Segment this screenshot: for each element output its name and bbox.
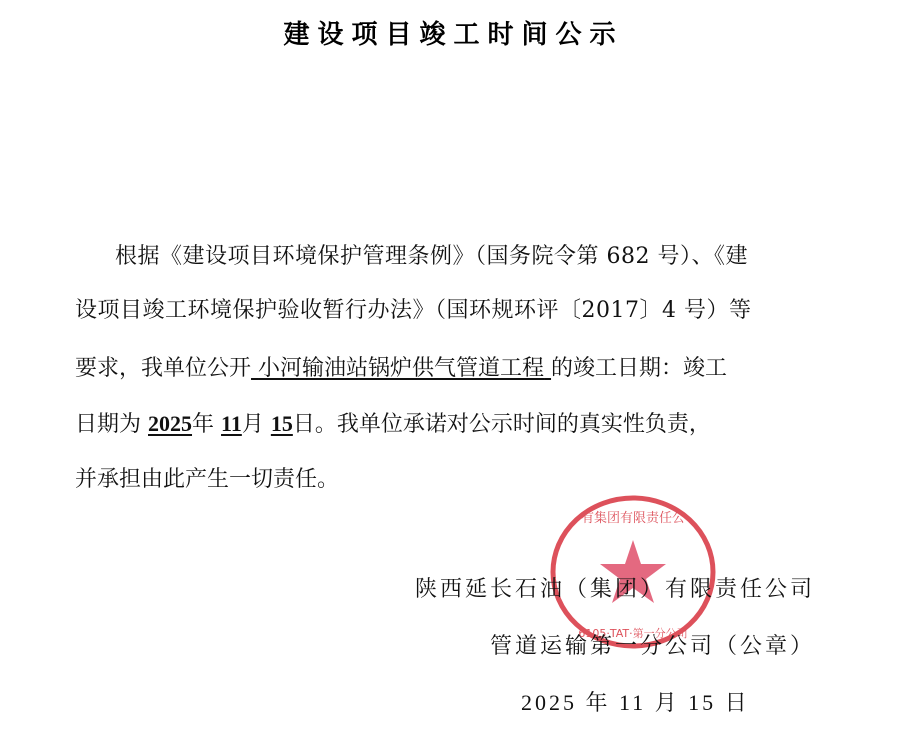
svg-text:有集团有限责任公: 有集团有限责任公 — [581, 510, 685, 526]
completion-year: 2025 — [148, 411, 192, 436]
line4-suffix: 日。我单位承诺对公示时间的真实性负责， — [293, 412, 711, 437]
project-name: 小河输油站锅炉供气管道工程 — [251, 356, 551, 381]
project-name-text: 小河输油站锅炉供气管道工程 — [258, 356, 544, 381]
body-line-1: 根据《建设项目环境保护管理条例》（国务院令第 682 号）、《建 — [115, 242, 748, 272]
completion-day: 15 — [271, 411, 293, 436]
completion-month: 11 — [221, 411, 242, 436]
line3-prefix: 要求，我单位公开 — [75, 356, 251, 381]
signature-branch: 管道运输第一分公司（公章） — [490, 629, 815, 660]
body-line-5: 并承担由此产生一切责任。 — [75, 465, 339, 495]
month-unit: 月 — [242, 412, 264, 437]
document-title: 建设项目竣工时间公示 — [0, 14, 907, 51]
body-line-4: 日期为 2025年 11月 15日。我单位承诺对公示时间的真实性负责， — [75, 409, 711, 439]
body-line-2: 设项目竣工环境保护验收暂行办法》（国环规环评〔2017〕4 号）等 — [75, 296, 751, 326]
signature-date: 2025 年 11 月 15 日 — [521, 686, 750, 717]
body-line-3: 要求，我单位公开 小河输油站锅炉供气管道工程 的竣工日期：竣工 — [75, 354, 727, 384]
line4-prefix: 日期为 — [75, 412, 141, 437]
year-unit: 年 — [192, 412, 214, 437]
signature-company: 陕西延长石油（集团）有限责任公司 — [415, 572, 815, 603]
line3-suffix: 的竣工日期：竣工 — [551, 356, 727, 381]
